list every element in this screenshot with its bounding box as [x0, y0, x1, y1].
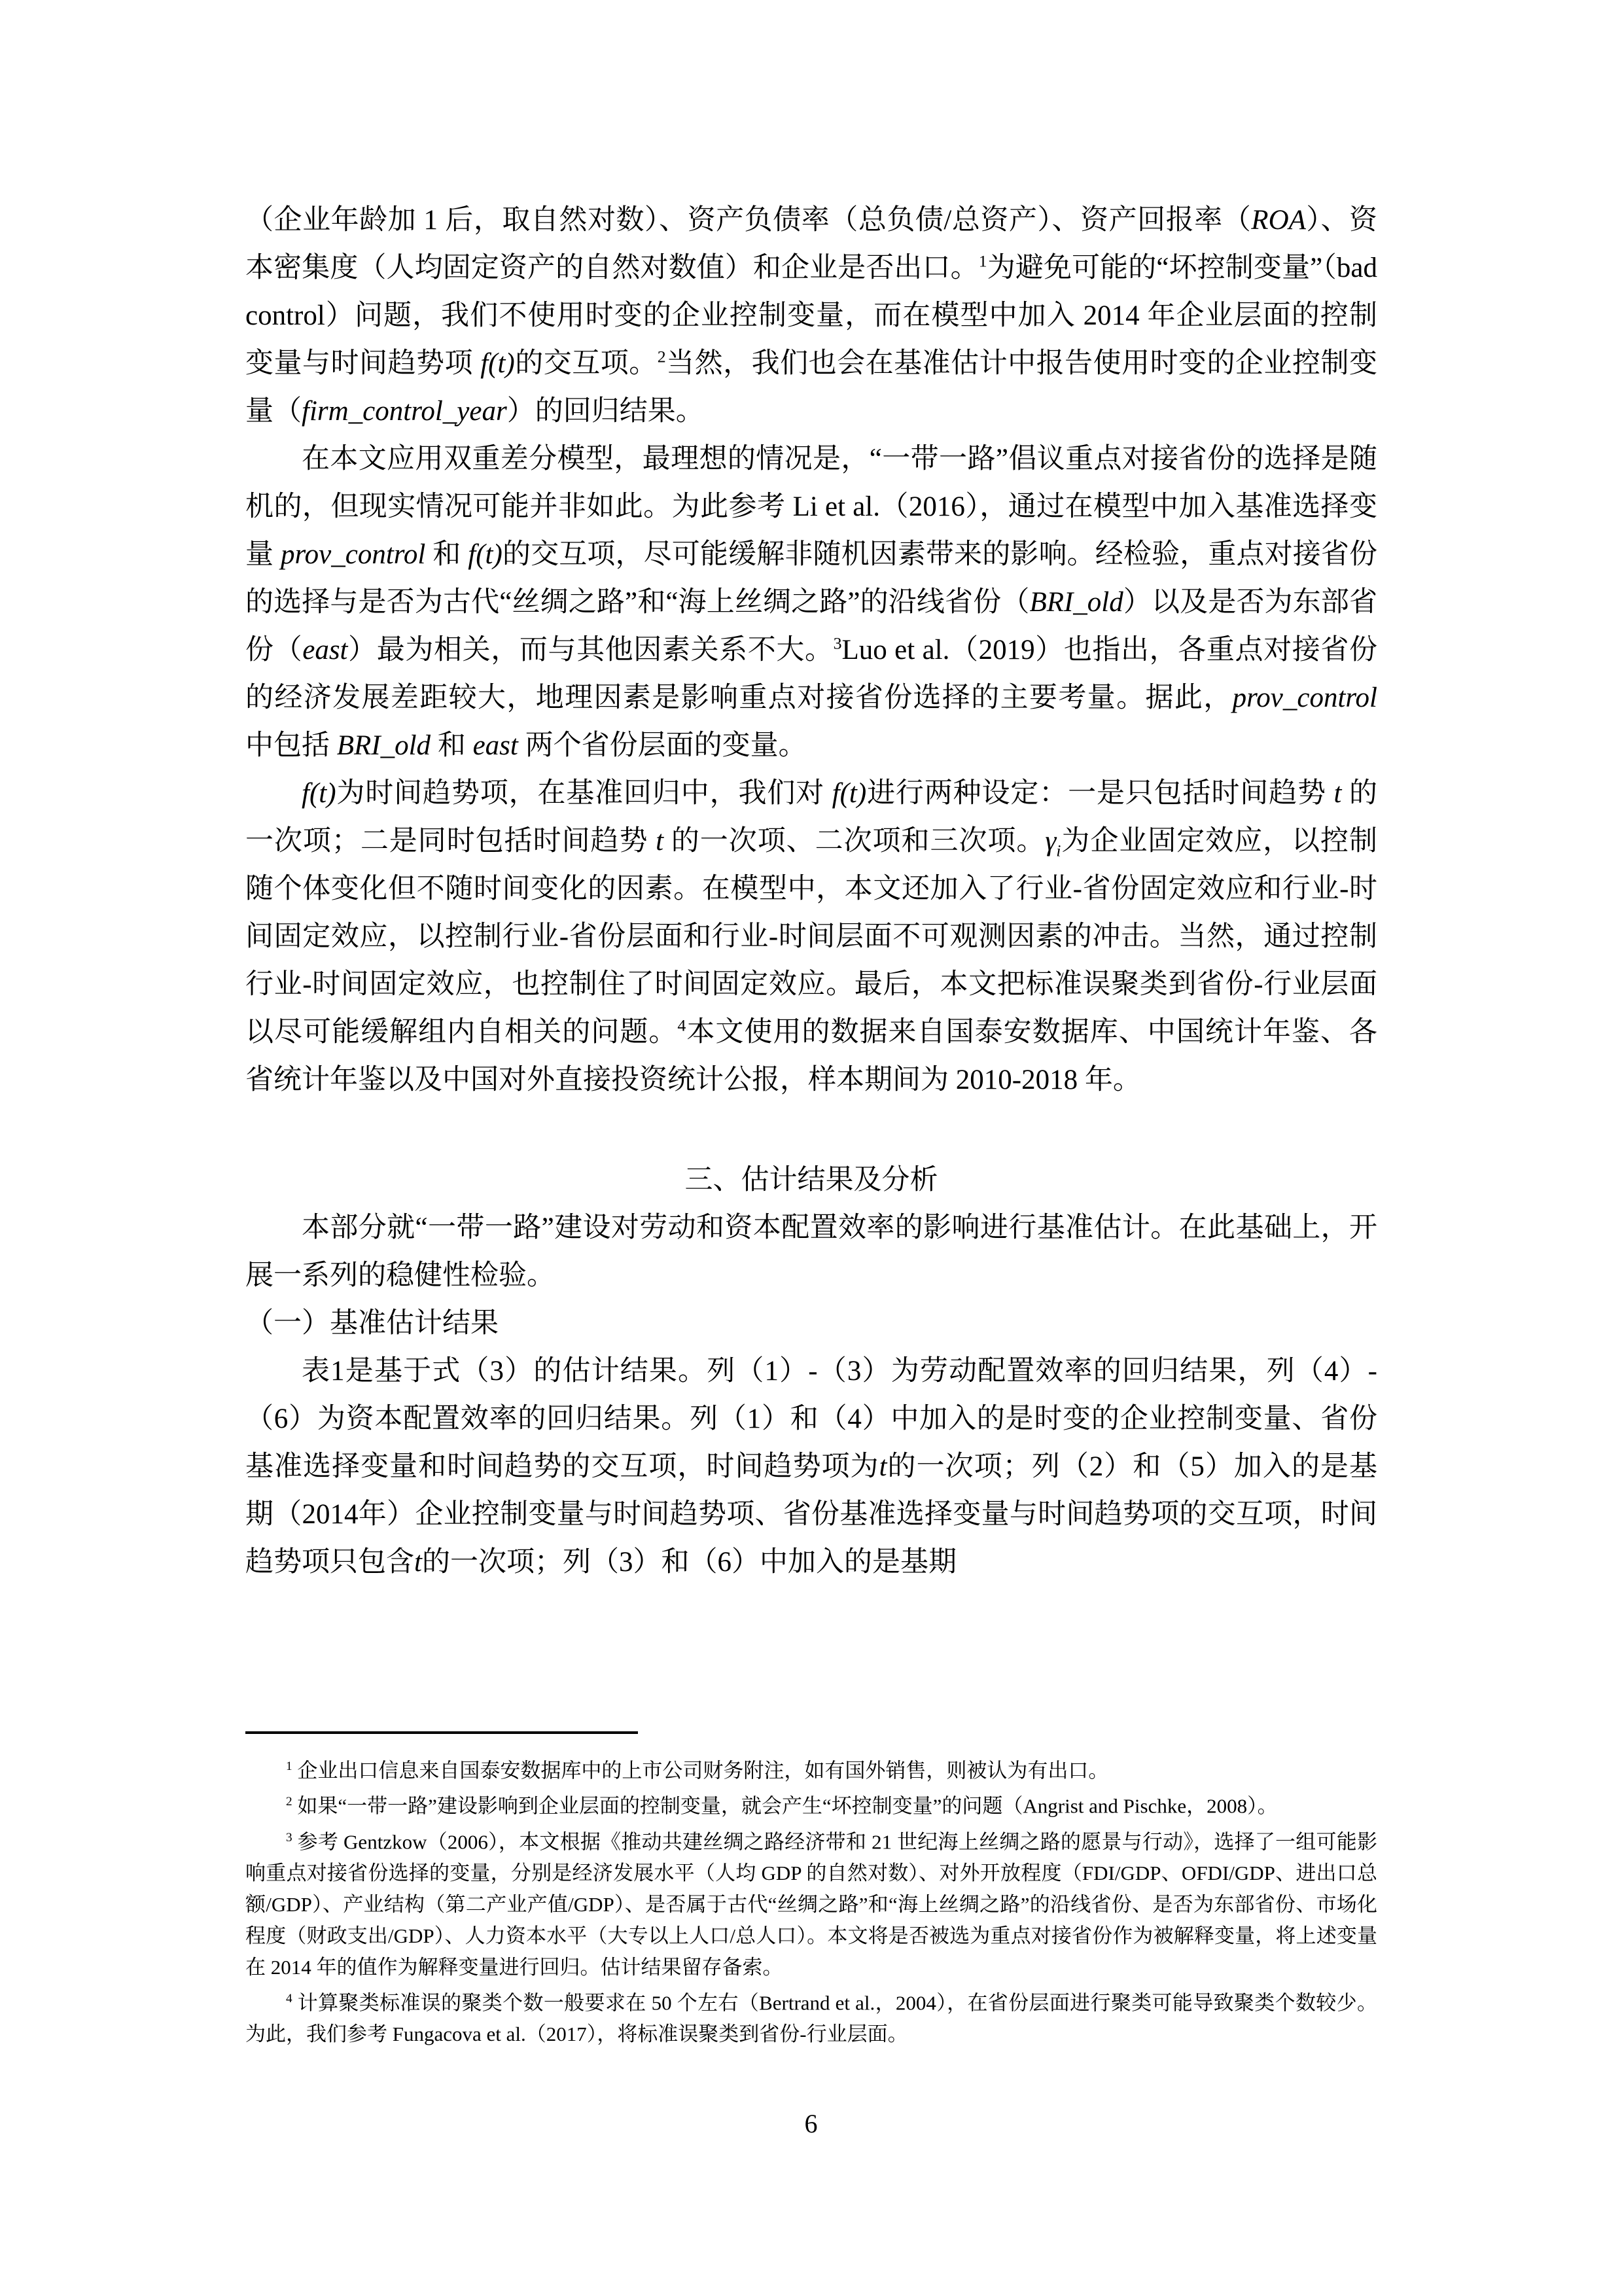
body-paragraph: f(t)为时间趋势项，在基准回归中，我们对 f(t)进行两种设定：一是只包括时间…	[245, 769, 1377, 1104]
footnote-marker: 4	[286, 1992, 292, 2005]
text-run: （一）基准估计结果	[245, 1308, 499, 1339]
footnote-item: 2 如果“一带一路”建设影响到企业层面的控制变量，就会产生“坏控制变量”的问题（…	[245, 1786, 1377, 1822]
text-run: ）的回归结果。	[507, 396, 704, 427]
italic-term: BRI_old	[337, 730, 431, 761]
footnote-marker: 1	[286, 1759, 292, 1773]
footnote-list: 1 企业出口信息来自国泰安数据库中的上市公司财务附注，如有国外销售，则被认为有出…	[245, 1751, 1377, 2050]
italic-term: f(t)	[302, 778, 336, 809]
text-run: ）最为相关，而与其他因素关系不大。	[348, 635, 834, 665]
text-run: 为时间趋势项，在基准回归中，我们对	[336, 778, 832, 809]
body-paragraph: （企业年龄加 1 后，取自然对数）、资产负债率（总负债/总资产）、资产回报率（R…	[245, 196, 1377, 435]
italic-term: f(t)	[832, 778, 867, 809]
footnote-reference: 1	[979, 252, 987, 271]
text-run: 两个省份层面的变量。	[518, 730, 807, 761]
section-heading: 三、估计结果及分析	[245, 1156, 1377, 1204]
body-paragraph: 本部分就“一带一路”建设对劳动和资本配置效率的影响进行基准估计。在此基础上，开展…	[245, 1204, 1377, 1299]
text-run: 的交互项。	[515, 348, 658, 379]
text-run: 的一次项；列（3）和（6）中加入的是基期	[422, 1547, 957, 1578]
footnote-marker: 2	[286, 1795, 292, 1809]
text-run: 企业出口信息来自国泰安数据库中的上市公司财务附注，如有国外销售，则被认为有出口。	[292, 1759, 1109, 1782]
text-run: 如果“一带一路”建设影响到企业层面的控制变量，就会产生“坏控制变量”的问题（An…	[292, 1795, 1278, 1818]
document-page: （企业年龄加 1 后，取自然对数）、资产负债率（总负债/总资产）、资产回报率（R…	[0, 0, 1622, 2296]
body-content: （企业年龄加 1 后，取自然对数）、资产负债率（总负债/总资产）、资产回报率（R…	[245, 196, 1377, 1586]
italic-term: east	[473, 730, 518, 761]
text-run: 的一次项、二次项和三次项。	[663, 826, 1045, 857]
text-run: 为企业固定效应，以控制随个体变化但不随时间变化的因素。在模型中，本文还加入了行业…	[245, 826, 1377, 1048]
italic-term: prov_control	[1233, 682, 1377, 713]
italic-term: east	[302, 635, 347, 665]
footnote-reference: 3	[834, 634, 842, 653]
footnote-item: 3 参考 Gentzkow（2006），本文根据《推动共建丝绸之路经济带和 21…	[245, 1822, 1377, 1983]
text-run: 本部分就“一带一路”建设对劳动和资本配置效率的影响进行基准估计。在此基础上，开展…	[245, 1212, 1377, 1291]
footnote-reference: 2	[658, 347, 666, 366]
italic-term: f(t)	[480, 348, 515, 379]
italic-term: BRI_old	[1029, 587, 1123, 618]
italic-term: t	[414, 1547, 422, 1578]
text-run: 三、估计结果及分析	[685, 1165, 938, 1195]
text-run: （企业年龄加 1 后，取自然对数）、资产负债率（总负债/总资产）、资产回报率（	[245, 205, 1251, 236]
text-run: 和	[425, 539, 468, 570]
text-run: 计算聚类标准误的聚类个数一般要求在 50 个左右（Bertrand et al.…	[245, 1991, 1377, 2045]
footnote-item: 4 计算聚类标准误的聚类个数一般要求在 50 个左右（Bertrand et a…	[245, 1983, 1377, 2050]
text-run: 中包括	[245, 730, 337, 761]
body-paragraph: （一）基准估计结果	[245, 1299, 1377, 1347]
text-run: 和	[431, 730, 473, 761]
italic-term: firm_control_year	[302, 396, 507, 427]
italic-term: ROA	[1251, 205, 1306, 236]
page-number: 6	[0, 2108, 1622, 2140]
body-paragraph: 表1是基于式（3）的估计结果。列（1）-（3）为劳动配置效率的回归结果，列（4）…	[245, 1347, 1377, 1586]
italic-term: f(t)	[468, 539, 502, 570]
italic-term: prov_control	[281, 539, 425, 570]
italic-term: t	[1333, 778, 1341, 809]
text-run: 进行两种设定：一是只包括时间趋势	[866, 778, 1333, 809]
footnote-area: 1 企业出口信息来自国泰安数据库中的上市公司财务附注，如有国外销售，则被认为有出…	[245, 1731, 1377, 2050]
footnote-marker: 3	[286, 1831, 292, 1845]
italic-term: γ	[1045, 826, 1056, 857]
italic-term: t	[656, 826, 663, 857]
footnote-reference: 4	[677, 1016, 686, 1035]
footnote-separator	[245, 1731, 638, 1734]
italic-term: t	[879, 1451, 887, 1482]
footnote-item: 1 企业出口信息来自国泰安数据库中的上市公司财务附注，如有国外销售，则被认为有出…	[245, 1751, 1377, 1786]
body-paragraph: 在本文应用双重差分模型，最理想的情况是，“一带一路”倡议重点对接省份的选择是随机…	[245, 435, 1377, 769]
text-run: 参考 Gentzkow（2006），本文根据《推动共建丝绸之路经济带和 21 世…	[245, 1830, 1377, 1979]
